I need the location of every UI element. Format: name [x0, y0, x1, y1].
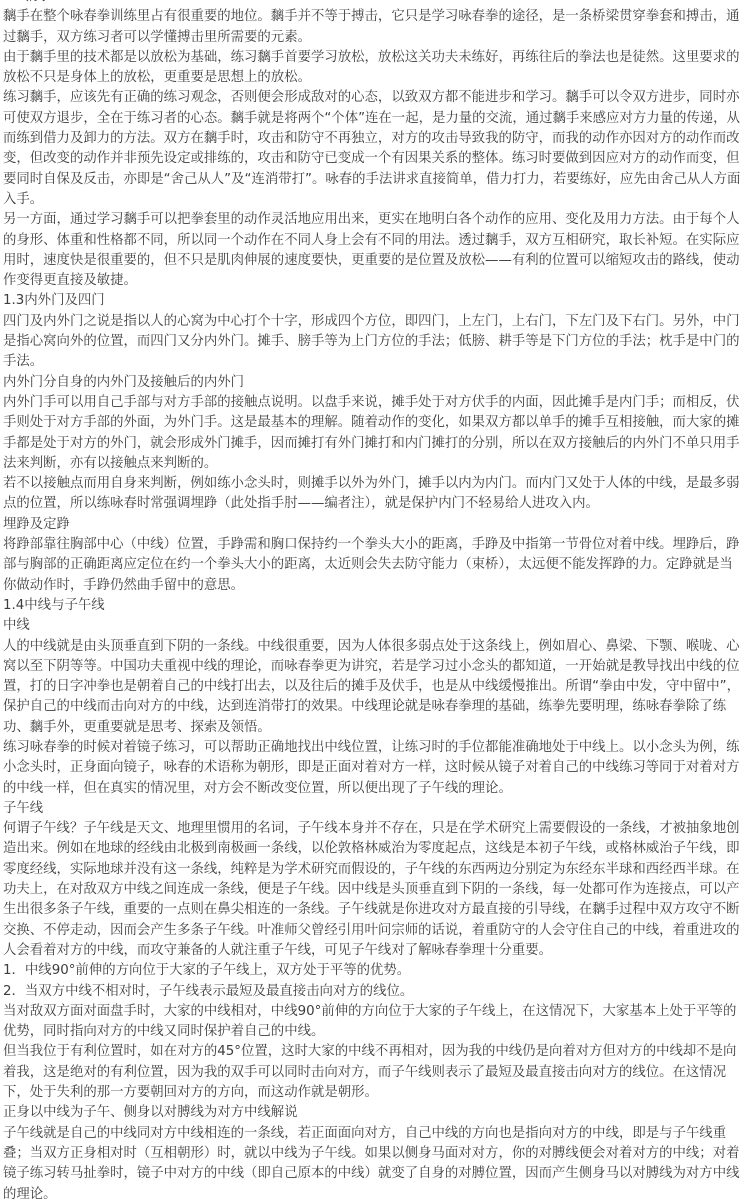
paragraph-chi-sau-intro: 黐手在整个咏春拳训练里占有很重要的地位。黐手并不等于搏击，它只是学习咏春拳的途径… [3, 7, 742, 48]
section-heading-centerline: 1.4中线与子午线 [3, 596, 742, 616]
subheading-centerline: 中线 [3, 616, 742, 636]
paragraph-centerline-theory: 人的中线就是由头顶垂直到下阴的一条线。中线很重要，因为人体很多弱点处于这条线上，… [3, 637, 742, 738]
paragraph-facing-position: 当对敌双方面对面盘手时，大家的中线相对，中线90°前伸的方向位于大家的子午线上，… [3, 1002, 742, 1043]
paragraph-four-gates: 四门及内外门之说是指以人的心窝为中心打个十字，形成四个方位，即四门，上左门，上右… [3, 312, 742, 373]
paragraph-contact-point: 内外门手可以用自己手部与对方手部的接触点说明。以盘手来说，摊手处于对方伏手的内面… [3, 393, 742, 474]
article-body: 1.2黐手 黐手在整个咏春拳训练里占有很重要的地位。黐手并不等于搏击，它只是学习… [0, 0, 743, 1200]
paragraph-meridian-definition: 何谓子午线？子午线是天文、地理里惯用的名词，子午线本身并不存在，只是在学术研究上… [3, 819, 742, 961]
paragraph-shoulder-line-theory: 子午线就是自己的中线同对方中线相连的一条线，若正面面向对方，自己中线的方向也是指… [3, 1124, 742, 1200]
paragraph-mirror-practice: 练习咏春拳的时候对着镜子练习，可以帮助正确地找出中线位置，让练习时的手位都能准确… [3, 738, 742, 799]
paragraph-elbow-distance: 将踭部靠往胸部中心（中线）位置，手踭需和胸口保持约一个拳头大小的距离，手踭及中指… [3, 535, 742, 596]
paragraph-self-judgement: 若不以接触点而用自身来判断，例如练小念头时，则摊手以外为外门，摊手以内为内门。而… [3, 474, 742, 515]
paragraph-practice-mindset: 练习黐手，应该先有正确的练习观念，否则便会形成敌对的心态，以致双方都不能进步和学… [3, 88, 742, 210]
paragraph-application: 另一方面，通过学习黐手可以把拳套里的动作灵活地应用出来，更实在地明白各个动作的应… [3, 210, 742, 291]
paragraph-relaxation: 由于黐手里的技术都是以放松为基础，练习黐手首要学习放松，放松这关功夫未练好，再练… [3, 48, 742, 89]
subheading-elbow-position: 埋踭及定踭 [3, 515, 742, 535]
list-item-meridian-2: 2．当双方中线不相对时，子午线表示最短及最直接击向对方的线位。 [3, 982, 742, 1002]
subheading-meridian-line: 子午线 [3, 799, 742, 819]
section-heading-gates: 1.3内外门及四门 [3, 291, 742, 311]
subheading-facing-explanation: 正身以中线为子午、侧身以对膊线为对方中线解说 [3, 1103, 742, 1123]
list-item-meridian-1: 1．中线90°前伸的方向位于大家的子午线上，双方处于平等的优势。 [3, 961, 742, 981]
paragraph-advantage-position: 但当我位于有利位置时，如在对方的45°位置，这时大家的中线不再相对，因为我的中线… [3, 1042, 742, 1103]
subheading-inner-outer-gates: 内外门分自身的内外门及接触后的内外门 [3, 373, 742, 393]
section-heading-chi-sau: 1.2黐手 [3, 0, 742, 7]
